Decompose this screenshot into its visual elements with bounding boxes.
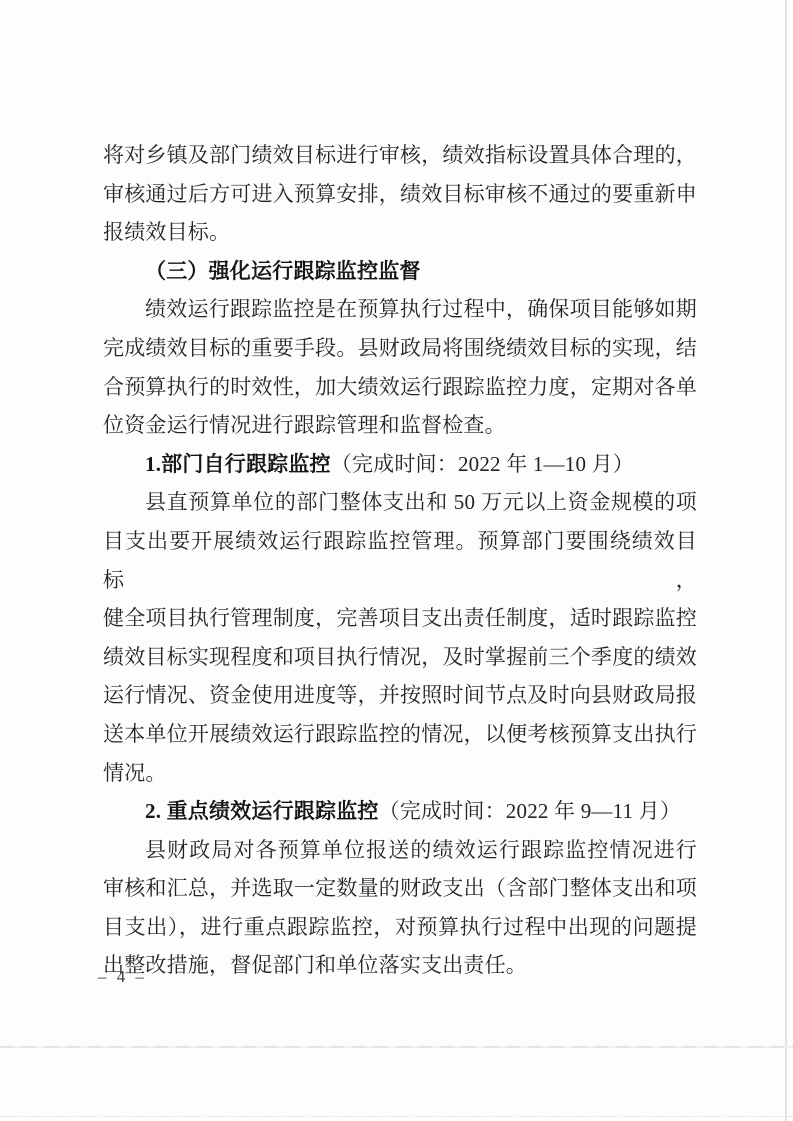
paragraph-continuation: 将对乡镇及部门绩效目标进行审核，绩效指标设置具体合理的， 审核通过后方可进入预算… — [103, 136, 697, 252]
text-line: 出整改措施，督促部门和单位落实支出责任。 — [103, 946, 697, 985]
subsection-1-title: 1.部门自行跟踪监控 — [145, 452, 331, 476]
scan-artifact-horizontal-line-upper — [0, 1046, 793, 1048]
paragraph-intro: 绩效运行跟踪监控是在预算执行过程中，确保项目能够如期 完成绩效目标的重要手段。县… — [103, 290, 697, 444]
text-line: 情况。 — [103, 754, 697, 793]
text-line: 健全项目执行管理制度，完善项目支出责任制度，适时跟踪监控 — [103, 599, 697, 638]
text-line: 绩效运行跟踪监控是在预算执行过程中，确保项目能够如期 — [103, 290, 697, 329]
text-line: 完成绩效目标的重要手段。县财政局将围绕绩效目标的实现，结 — [103, 329, 697, 368]
text-line: 县直预算单位的部门整体支出和 50 万元以上资金规模的项 — [103, 483, 697, 522]
text-line: 审核和汇总，并选取一定数量的财政支出（含部门整体支出和项 — [103, 869, 697, 908]
text-line: 目支出），进行重点跟踪监控，对预算执行过程中出现的问题提 — [103, 908, 697, 947]
scan-artifact-horizontal-line-lower — [0, 1116, 793, 1117]
section-heading: （三）强化运行跟踪监控监督 — [103, 252, 697, 291]
subsection-2-schedule: （完成时间：2022 年 9—11 月） — [379, 799, 681, 823]
subsection-1-schedule: （完成时间：2022 年 1—10 月） — [331, 452, 634, 476]
text-line: 运行情况、资金使用进度等，并按照时间节点及时向县财政局报 — [103, 676, 697, 715]
subsection-2-title: 2. 重点绩效运行跟踪监控 — [145, 799, 379, 823]
document-page: 将对乡镇及部门绩效目标进行审核，绩效指标设置具体合理的， 审核通过后方可进入预算… — [0, 0, 793, 1121]
page-number: – 4 – — [98, 965, 147, 989]
text-line: 送本单位开展绩效运行跟踪监控的情况，以便考核预算支出执行 — [103, 715, 697, 754]
paragraph-subsection-2: 县财政局对各预算单位报送的绩效运行跟踪监控情况进行 审核和汇总，并选取一定数量的… — [103, 831, 697, 985]
text-line: 审核通过后方可进入预算安排，绩效目标审核不通过的要重新申 — [103, 175, 697, 214]
scan-artifact-vertical-line — [785, 0, 787, 1121]
text-line: 报绩效目标。 — [103, 213, 697, 252]
text-line: 合预算执行的时效性，加大绩效运行跟踪监控力度，定期对各单 — [103, 368, 697, 407]
document-body: 将对乡镇及部门绩效目标进行审核，绩效指标设置具体合理的， 审核通过后方可进入预算… — [103, 136, 697, 985]
text-line: 位资金运行情况进行跟踪管理和监督检查。 — [103, 406, 697, 445]
paragraph-subsection-1: 县直预算单位的部门整体支出和 50 万元以上资金规模的项 目支出要开展绩效运行跟… — [103, 483, 697, 792]
text-line: 县财政局对各预算单位报送的绩效运行跟踪监控情况进行 — [103, 831, 697, 870]
subsection-heading-2: 2. 重点绩效运行跟踪监控（完成时间：2022 年 9—11 月） — [103, 792, 697, 831]
text-line: 目支出要开展绩效运行跟踪监控管理。预算部门要围绕绩效目标， — [103, 522, 697, 599]
subsection-heading-1: 1.部门自行跟踪监控（完成时间：2022 年 1—10 月） — [103, 445, 697, 484]
text-line: 绩效目标实现程度和项目执行情况，及时掌握前三个季度的绩效 — [103, 638, 697, 677]
text-line: 将对乡镇及部门绩效目标进行审核，绩效指标设置具体合理的， — [103, 136, 697, 175]
